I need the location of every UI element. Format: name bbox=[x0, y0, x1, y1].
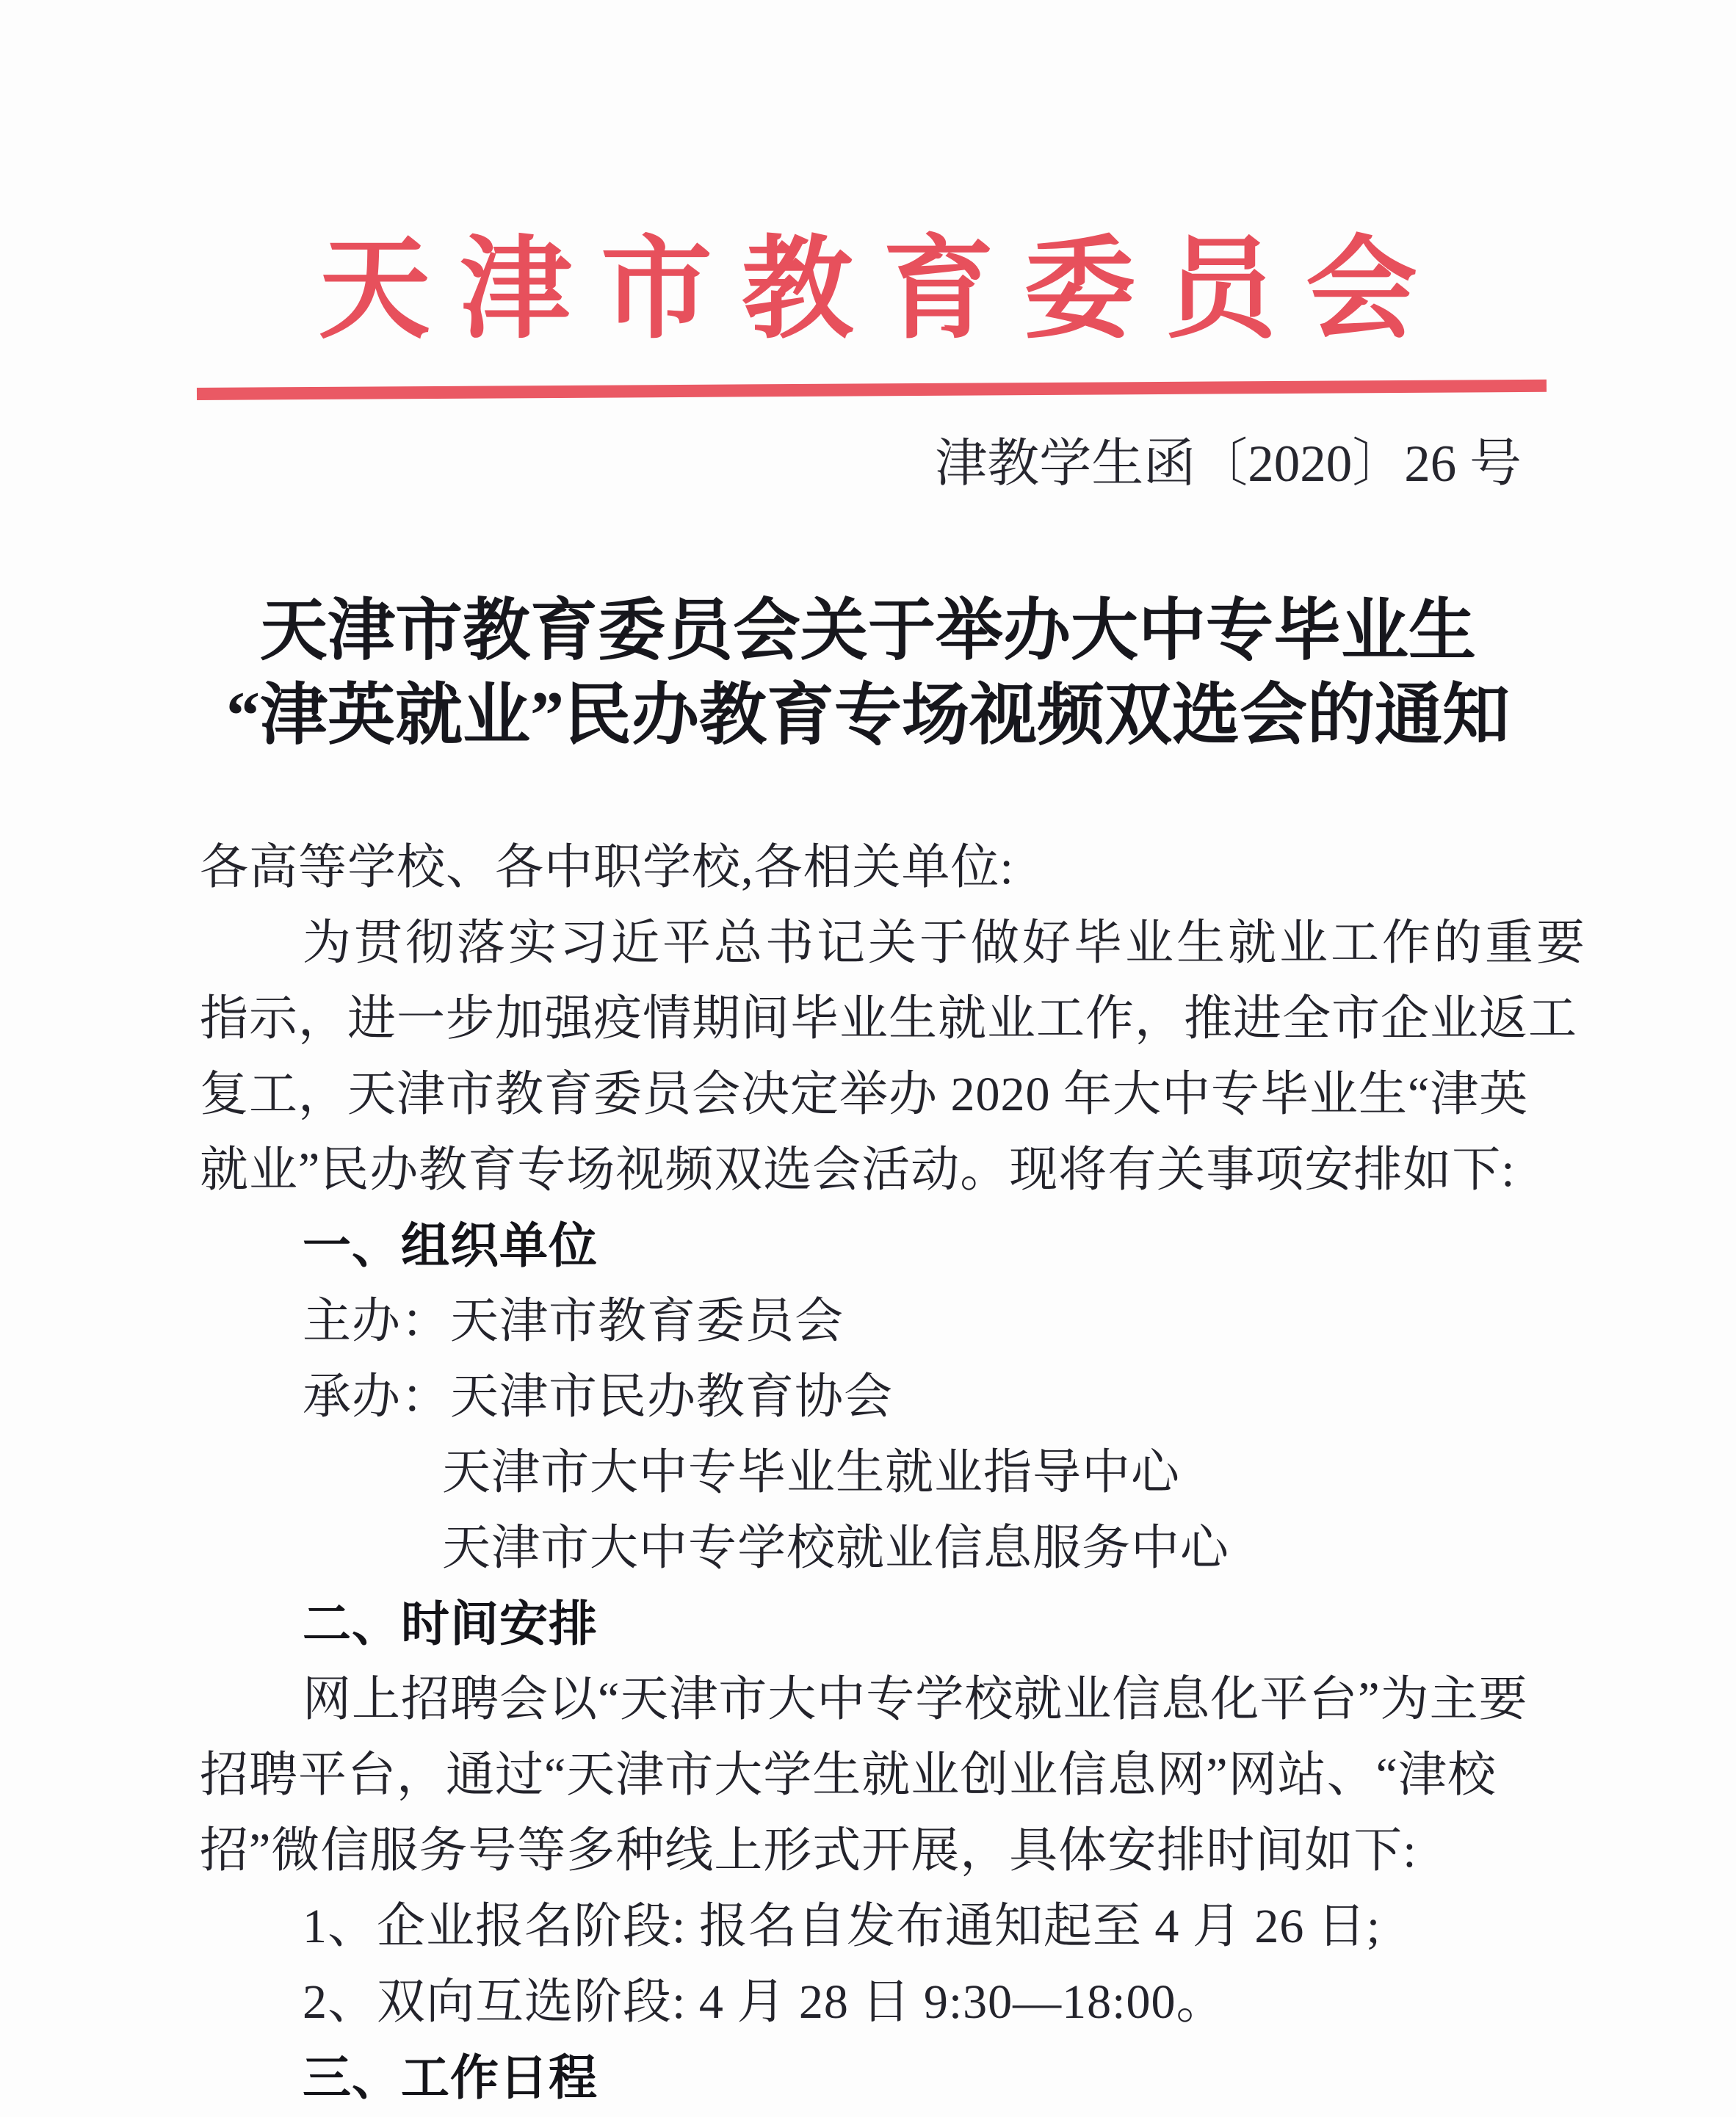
body-line: 各高等学校、各中职学校,各相关单位: bbox=[200, 830, 1544, 905]
letterhead-divider-line bbox=[197, 380, 1547, 400]
body-line: 就业”民办教育专场视频双选会活动。现将有关事项安排如下: bbox=[200, 1132, 1544, 1208]
doc-number: 津教学生函〔2020〕26 号 bbox=[0, 435, 1736, 493]
notice-title-line1: 天津市教育委员会关于举办大中专毕业生 bbox=[0, 589, 1736, 673]
section-heading-3: 三、工作日程 bbox=[200, 2040, 1544, 2116]
body-line: 招”微信服务号等多种线上形式开展，具体安排时间如下: bbox=[200, 1813, 1544, 1889]
section-heading-2: 二、时间安排 bbox=[200, 1586, 1544, 1662]
notice-title: 天津市教育委员会关于举办大中专毕业生 “津英就业”民办教育专场视频双选会的通知 bbox=[0, 589, 1736, 758]
body-line: 招聘平台，通过“天津市大学生就业创业信息网”网站、“津校 bbox=[200, 1737, 1544, 1813]
body-line: 为贯彻落实习近平总书记关于做好毕业生就业工作的重要 bbox=[200, 905, 1544, 981]
body-line: 指示，进一步加强疫情期间毕业生就业工作，推进全市企业返工 bbox=[200, 981, 1544, 1057]
notice-body: 各高等学校、各中职学校,各相关单位: 为贯彻落实习近平总书记关于做好毕业生就业工… bbox=[200, 830, 1544, 2116]
body-line: 天津市大中专学校就业信息服务中心 bbox=[200, 1510, 1544, 1586]
letterhead-agency-title: 天津市教育委员会 bbox=[0, 220, 1736, 360]
notice-title-line2: “津英就业”民办教育专场视频双选会的通知 bbox=[0, 673, 1736, 758]
body-line: 主办：天津市教育委员会 bbox=[200, 1284, 1544, 1359]
document-page: 天津市教育委员会 津教学生函〔2020〕26 号 天津市教育委员会关于举办大中专… bbox=[0, 0, 1736, 2117]
body-line: 2、双向互选阶段: 4 月 28 日 9:30—18:00。 bbox=[200, 1964, 1544, 2040]
body-line: 复工，天津市教育委员会决定举办 2020 年大中专毕业生“津英 bbox=[200, 1057, 1544, 1132]
body-line: 1、企业报名阶段: 报名自发布通知起至 4 月 26 日; bbox=[200, 1889, 1544, 1964]
body-line: 天津市大中专毕业生就业指导中心 bbox=[200, 1435, 1544, 1510]
body-line: 承办：天津市民办教育协会 bbox=[200, 1359, 1544, 1435]
section-heading-1: 一、组织单位 bbox=[200, 1208, 1544, 1284]
body-line: 网上招聘会以“天津市大中专学校就业信息化平台”为主要 bbox=[200, 1662, 1544, 1737]
